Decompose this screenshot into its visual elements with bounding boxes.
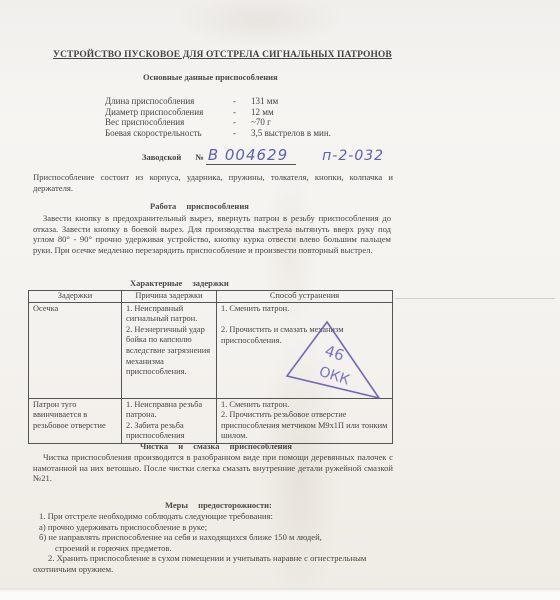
composition-paragraph: Приспособление состоит из корпуса, ударн… <box>33 172 393 193</box>
column-header: Причина задержки <box>122 291 217 303</box>
spec-label: Боевая скорострельность <box>105 128 233 139</box>
remedy-cell: 1. Сменить патрон. 2. Прочистить резьбов… <box>217 398 393 443</box>
fault-cell: Осечка <box>29 302 122 398</box>
safety-line: 2. Хранить приспособление в сухом помеще… <box>33 553 413 564</box>
handwritten-code: п-2-032 <box>322 148 384 164</box>
number-sign: № <box>195 152 204 162</box>
work-paragraph: Завести кнопку в предохранительный вырез… <box>33 213 391 255</box>
fault-cell: Патрон туго ввинчивается в резьбовое отв… <box>29 398 122 443</box>
specs-subtitle: Основные данные приспособления <box>143 72 278 82</box>
column-header: Задержки <box>29 291 122 303</box>
cleaning-heading: Чистка и смазка приспособления <box>140 441 292 451</box>
paper-fold-line <box>395 298 555 299</box>
cause-item: 1. Неисправна резьба патрона. <box>126 400 212 421</box>
safety-line: 1. При отстреле необходимо соблюдать сле… <box>33 511 413 522</box>
safety-line: б) не направлять приспособление на себя … <box>33 532 413 543</box>
spec-value: 3,5 выстрелов в мин. <box>251 128 331 139</box>
spec-row: Боевая скорострельность - 3,5 выстрелов … <box>105 128 331 139</box>
spec-row: Вес приспособления - ~70 г <box>105 117 331 128</box>
quality-control-stamp: 46 ОКК <box>283 320 383 400</box>
remedy-item: 2. Прочистить резьбовое отверстие приспо… <box>221 410 388 442</box>
work-heading: Работа приспособления <box>150 201 249 211</box>
spec-dash: - <box>233 96 251 107</box>
spec-value: 131 мм <box>251 96 278 107</box>
spec-dash: - <box>233 117 251 128</box>
spec-value: ~70 г <box>251 117 271 128</box>
column-header: Способ устранения <box>217 291 393 303</box>
safety-line: строений и горючих предметов. <box>33 543 413 554</box>
spec-row: Длина приспособления - 131 мм <box>105 96 331 107</box>
table-row: Патрон туго ввинчивается в резьбовое отв… <box>29 398 393 443</box>
safety-list: 1. При отстреле необходимо соблюдать сле… <box>33 511 413 575</box>
remedy-item: 1. Сменить патрон. <box>221 400 388 411</box>
spec-value: 12 мм <box>251 107 274 118</box>
safety-line: а) прочно удерживать приспособление в ру… <box>33 522 413 533</box>
faults-heading: Характерные задержки <box>130 278 229 288</box>
remedy-item: 1. Сменить патрон. <box>221 304 388 315</box>
cause-cell: 1. Неисправна резьба патрона. 2. Забита … <box>122 398 217 443</box>
serial-number-line: Заводской № В 004629 п-2-032 <box>142 146 384 165</box>
cleaning-paragraph: Чистка приспособления производится в раз… <box>33 452 393 484</box>
handwritten-serial-number: В 004629 <box>206 146 296 165</box>
serial-label: Заводской <box>142 152 181 162</box>
document-title: УСТРОЙСТВО ПУСКОВОЕ ДЛЯ ОТСТРЕЛА СИГНАЛЬ… <box>53 50 392 60</box>
safety-heading: Меры предосторожности: <box>165 500 272 510</box>
cause-cell: 1. Неисправный сигнальный патрон. 2. Неэ… <box>122 302 217 398</box>
spec-label: Диаметр приспособления <box>105 107 233 118</box>
table-header-row: Задержки Причина задержки Способ устране… <box>29 291 393 303</box>
spec-label: Вес приспособления <box>105 117 233 128</box>
spec-label: Длина приспособления <box>105 96 233 107</box>
spec-dash: - <box>233 107 251 118</box>
spec-row: Диаметр приспособления - 12 мм <box>105 107 331 118</box>
cause-item: 2. Забита резьба приспособления <box>126 421 212 442</box>
safety-line: охотничьим оружием. <box>33 564 413 575</box>
cause-item: 2. Неэнергичный удар бойка по капсюлю вс… <box>126 325 212 378</box>
specs-list: Длина приспособления - 131 мм Диаметр пр… <box>105 96 331 138</box>
cause-item: 1. Неисправный сигнальный патрон. <box>126 304 212 325</box>
spec-dash: - <box>233 128 251 139</box>
